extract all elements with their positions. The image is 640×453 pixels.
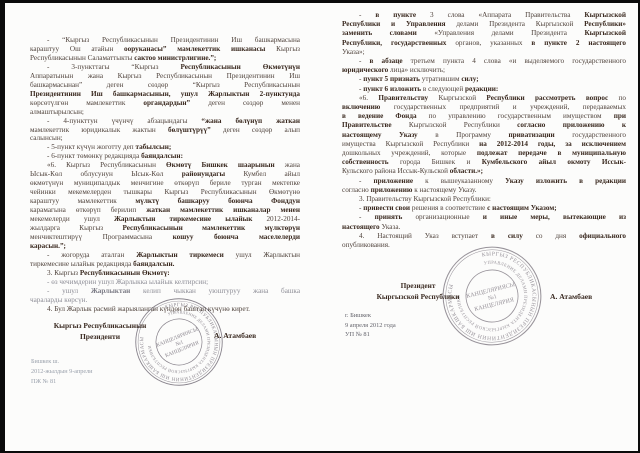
text-line: - в абзаце третьем пункта 4 слова «и выд…: [342, 57, 626, 66]
text-line: согласно приложению к настоящему Указу.: [342, 186, 626, 195]
text-line: алмаштырылсын;: [30, 108, 300, 117]
text-line: - жогоруда аталган Жарлыктын тиркемеси у…: [30, 251, 300, 260]
right-page-text: - в пункте 3 слова «Аппарата Правительст…: [342, 11, 626, 250]
text-line: мамлекеттик юридикалык жактын бөлүштүрүү…: [30, 126, 300, 135]
scanned-decree-document: - “Кыргыз Республикасынын Президентинин …: [0, 0, 640, 453]
text-line: 4. Настоящий Указ вступает в силу со дня…: [342, 232, 626, 241]
text-line: өкмөтүнүн муниципалдык менчигине өткөрүп…: [30, 179, 300, 188]
text-line: караштуу Ош атайын ооруканасы” мамлекетт…: [30, 45, 300, 54]
text-line: көрсөтүлгөн мамлекеттик органдардын” дег…: [30, 99, 300, 108]
text-line: Аппаратынын жана Кыргыз Республикасынын …: [30, 72, 300, 81]
round-ink-stamp-icon: КЫРГЫЗ РЕСПУБЛИКАСЫНЫН ПРЕЗИДЕНТИНИН ИШ …: [127, 290, 231, 394]
text-line: Республикасынын Саламаттыкты сактоо мини…: [30, 54, 300, 63]
text-line: «6. Кыргыз Республикасынын Өкмөтү Бишкек…: [30, 161, 300, 170]
text-line: - привести свои решения в соответствие с…: [342, 204, 626, 213]
number-line: УП № 81: [345, 330, 396, 340]
text-line: юридического лица» исключить;: [342, 66, 626, 75]
left-date-number-block: Бишкек ш. 2012-жылдын 9-апрели ПЖ № 81: [31, 357, 93, 387]
text-line: башкармасынан” деген сөздөр “Кыргыз Респ…: [30, 81, 300, 90]
text-line: караштуу мамлекеттик мүлктү башкаруу бою…: [30, 197, 300, 206]
date-line: 2012-жылдын 9-апрели: [31, 367, 93, 377]
text-line: менчиктештирүү Программасына кошуу боюнч…: [30, 233, 300, 242]
text-line: Правительстве Кыргызской Республики согл…: [342, 121, 626, 130]
text-line: - в пункте 3 слова «Аппарата Правительст…: [342, 11, 626, 20]
text-line: салынсын;: [30, 134, 300, 143]
text-line: Ысык-Көл облусунун Ысык-Көл районундагы …: [30, 170, 300, 179]
text-line: 3. Правительству Кыргызской Республики:: [342, 195, 626, 204]
scan-border-top: [0, 0, 640, 3]
number-line: ПЖ № 81: [31, 377, 93, 387]
text-line: - принять организационные и иные меры, в…: [342, 213, 626, 222]
text-line: - 4-пункттун үчүнчү абзацындагы “жана бө…: [30, 117, 300, 126]
round-ink-stamp-icon: КЫРГЫЗ РЕСПУБЛИКАСЫНЫН ПРЕЗИДЕНТИНИН ИШ …: [435, 239, 549, 353]
text-line: включению государственных предприятий и …: [342, 103, 626, 112]
right-date-number-block: г. Бишкек 9 апреля 2012 года УП № 81: [345, 311, 396, 340]
text-line: дошкольных учреждений, которые подлежат …: [342, 149, 626, 158]
scan-border-left: [0, 0, 5, 453]
text-line: жылдарга Кыргыз Республикасынын мамлекет…: [30, 224, 300, 233]
date-line: 9 апреля 2012 года: [345, 321, 396, 331]
text-line: - өз чечимдерин ушул Жарлыкка ылайык кел…: [30, 278, 300, 287]
text-line: Республики и Управления делами Президент…: [342, 20, 626, 29]
text-line: - 6-пункт төмөнкү редакцияда баяндалсын:: [30, 152, 300, 161]
text-line: мекемелерди ушул Жарлыктын тиркемесине ы…: [30, 215, 300, 224]
text-line: в ведение Фонда по управлению государств…: [342, 112, 626, 121]
text-line: настоящего Указа.: [342, 223, 626, 232]
text-line: настоящему Указу в Программу приватизаци…: [342, 131, 626, 140]
text-line: собственность города Бишкек и Кумбельско…: [342, 158, 626, 167]
text-line: «6. Правительству Кыргызской Республики …: [342, 94, 626, 103]
text-line: 3. Кыргыз Республикасынын Өкмөтү:: [30, 269, 300, 278]
text-line: - пункт 5 признать утратившим силу;: [342, 75, 626, 84]
text-line: чейинки мекемелерден тышкары Кыргыз Респ…: [30, 188, 300, 197]
text-line: - 5-пункт күчүн жоготту деп табылсын;: [30, 143, 300, 152]
text-line: Кульского района Иссык-Кульской области.…: [342, 167, 626, 176]
text-line: Республики, государственных органов, ука…: [342, 39, 626, 48]
text-line: Президентинин Иш башкармасынын, ушул Жар…: [30, 90, 300, 99]
text-line: - приложение к вышеуказанному Указу изло…: [342, 177, 626, 186]
text-line: тиркемесине ылайык редакцияда баяндалсын…: [30, 260, 300, 269]
text-line: - 3-пункттагы “Кыргыз Республикасынын Өк…: [30, 63, 300, 72]
text-line: - “Кыргыз Республикасынын Президентинин …: [30, 36, 300, 45]
text-line: - пункт 6 изложить в следующей редакции:: [342, 85, 626, 94]
text-line: имущества Кыргызской Республики на 2012-…: [342, 140, 626, 149]
left-page-text: - “Кыргыз Республикасынын Президентинин …: [30, 36, 300, 314]
text-line: карамагына өткөрүп берилип жаткан мамлек…: [30, 206, 300, 215]
text-line: Указа»;: [342, 48, 626, 57]
text-line: заменить словами «Управления делами През…: [342, 29, 626, 38]
place-line: Бишкек ш.: [31, 357, 93, 367]
right-signatory-name: А. Атамбаев: [550, 292, 592, 301]
text-line: - ушул Жарлыктан келип чыккан уюштуруу ж…: [30, 287, 300, 296]
place-line: г. Бишкек: [345, 311, 396, 321]
text-line: карасын.”;: [30, 242, 300, 251]
